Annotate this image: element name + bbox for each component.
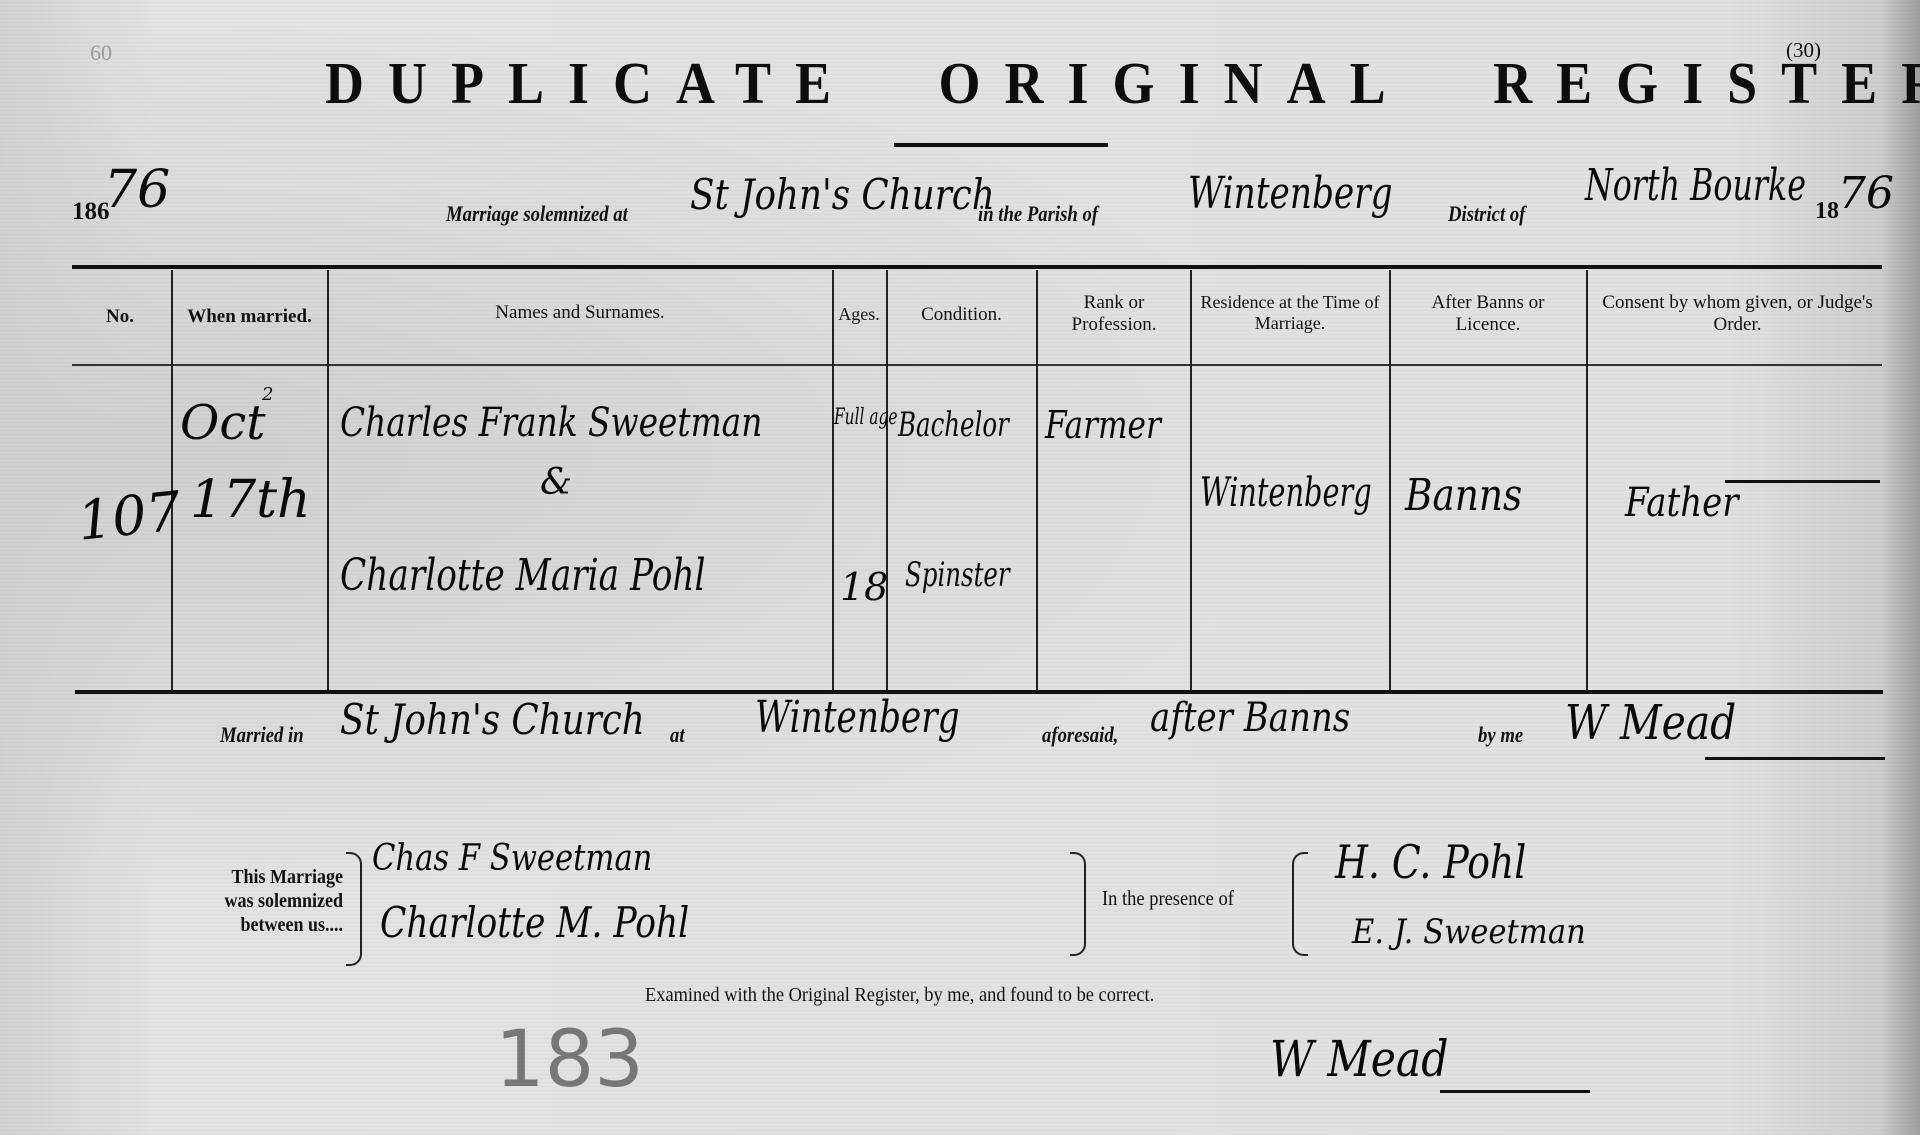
bride-name: Charlotte Maria Pohl: [340, 550, 705, 601]
document-title: DUPLICATE ORIGINAL REGISTER.: [325, 49, 1645, 117]
groom-rank: Farmer: [1045, 403, 1161, 447]
between-us-bracket: [346, 852, 362, 966]
col-header-consent: Consent by whom given, or Judge's Order.: [1600, 292, 1875, 336]
bride-condition: Spinster: [905, 555, 1010, 595]
district-name: North Bourke: [1585, 160, 1806, 211]
between-us-line-2: was solemnized: [205, 889, 343, 913]
col-divider-5: [1036, 270, 1038, 690]
table-top-rule: [72, 265, 1882, 269]
col-header-residence: Residence at the Time of Marriage.: [1191, 292, 1389, 333]
consent: Father: [1625, 480, 1738, 526]
col-divider-3: [832, 270, 834, 690]
label-by-me: by me: [1478, 722, 1523, 748]
label-aforesaid: aforesaid,: [1042, 722, 1118, 748]
title-word-2: ORIGINAL: [939, 50, 1410, 116]
consent-flourish: [1725, 480, 1880, 483]
examiner-signature: W Mead: [1270, 1030, 1448, 1088]
header-bottom-rule: [72, 364, 1882, 366]
year-handwritten-right: 76: [1838, 168, 1894, 219]
groom-age: Full age: [834, 405, 898, 430]
bride-age: 18: [840, 565, 888, 609]
title-word-3: REGISTER.: [1493, 50, 1920, 116]
when-married-day: 17th: [190, 470, 311, 530]
year-printed-right: 18: [1815, 198, 1839, 225]
table-bottom-rule: [75, 690, 1883, 694]
col-header-no: No.: [90, 306, 150, 328]
col-header-rank: Rank or Profession.: [1044, 292, 1184, 336]
col-divider-2: [327, 270, 329, 690]
groom-condition: Bachelor: [898, 405, 1009, 445]
witness-1-signature: H. C. Pohl: [1335, 835, 1526, 889]
label-district: District of: [1448, 201, 1525, 227]
faint-corner-mark: 60: [90, 40, 112, 66]
title-word-1: DUPLICATE: [325, 50, 855, 116]
officiant-flourish: [1705, 757, 1885, 760]
col-header-banns: After Banns or Licence.: [1412, 292, 1564, 336]
marriage-place: St John's Church: [690, 170, 995, 219]
label-at: at: [670, 722, 685, 748]
groom-signature: Chas F Sweetman: [372, 838, 652, 879]
pencil-reference-number: 183: [495, 1015, 644, 1105]
witness-2-signature: E. J. Sweetman: [1352, 912, 1586, 952]
col-header-condition: Condition.: [887, 304, 1036, 326]
label-married-in: Married in: [220, 722, 304, 748]
examined-statement: Examined with the Original Register, by …: [645, 984, 1154, 1007]
banns: Banns: [1405, 470, 1522, 521]
between-us-line-3: between us....: [205, 913, 343, 937]
groom-name: Charles Frank Sweetman: [340, 400, 762, 446]
title-underline: [894, 143, 1108, 147]
col-header-ages: Ages.: [832, 304, 886, 325]
presence-bracket-left: [1070, 852, 1086, 956]
married-church: St John's Church: [340, 695, 645, 744]
officiant-signature: W Mead: [1565, 695, 1736, 751]
bride-signature: Charlotte M. Pohl: [380, 898, 689, 947]
between-us-line-1: This Marriage: [205, 865, 343, 889]
residence: Wintenberg: [1200, 470, 1372, 516]
label-marriage-solemnized: Marriage solemnized at: [446, 201, 628, 227]
married-place: Wintenberg: [755, 692, 960, 743]
when-married-sup: 2: [262, 384, 273, 405]
marriage-manner: after Banns: [1150, 695, 1350, 741]
entry-number: 107: [75, 479, 184, 552]
col-divider-4: [886, 270, 888, 690]
presence-label: In the presence of: [1102, 886, 1234, 911]
year-handwritten-left: 76: [104, 160, 170, 220]
col-header-names: Names and Surnames.: [328, 302, 832, 324]
presence-bracket-right: [1292, 852, 1308, 956]
between-us-label: This Marriage was solemnized between us.…: [205, 865, 343, 937]
label-parish: in the Parish of: [978, 201, 1098, 227]
when-married-month: Oct: [180, 395, 266, 451]
col-divider-7: [1389, 270, 1391, 690]
names-ampersand: &: [540, 462, 572, 503]
col-divider-8: [1586, 270, 1588, 690]
examiner-flourish: [1440, 1090, 1590, 1093]
parish-name: Wintenberg: [1188, 168, 1393, 219]
col-header-when-married: When married.: [172, 306, 327, 328]
